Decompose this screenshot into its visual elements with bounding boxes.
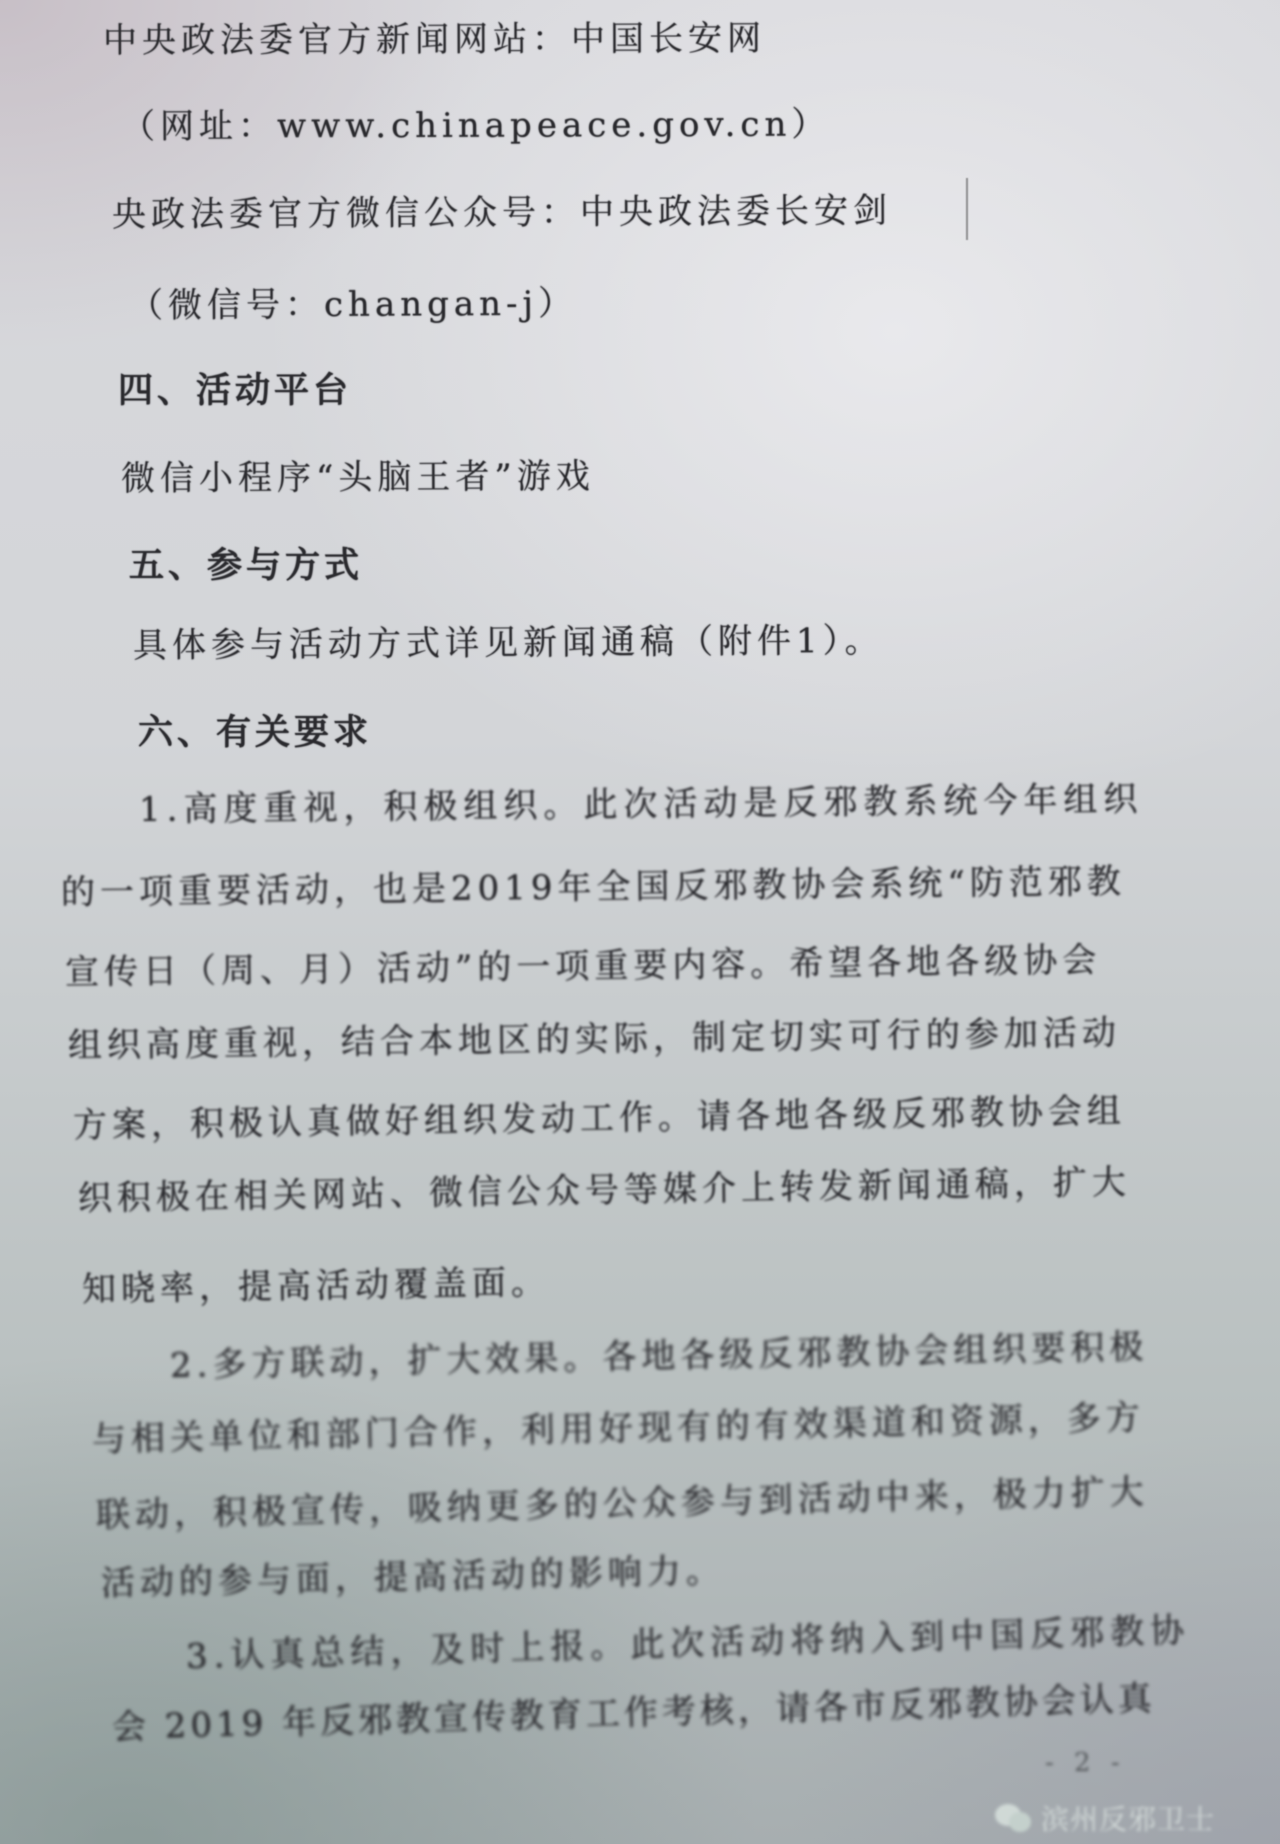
- participation-text: 具体参与活动方式详见新闻通稿（附件1）。: [133, 624, 884, 663]
- requirement-1-line-1: 1.高度重视，积极组织。此次活动是反邪教系统今年组织: [139, 782, 1144, 827]
- website-line: 中央政法委官方新闻网站：中国长安网: [103, 22, 766, 58]
- requirement-2-line-1: 2.多方联动，扩大效果。各地各级反邪教协会组织要积极: [170, 1330, 1149, 1383]
- requirement-2-line-2: 与相关单位和部门合作，利用好现有的有效渠道和资源，多方: [92, 1401, 1145, 1457]
- watermark: 滨州反邪卫士: [995, 1798, 1215, 1838]
- requirement-1-line-4: 组织高度重视，结合本地区的实际，制定切实可行的参加活动: [68, 1016, 1121, 1063]
- platform-text: 微信小程序“头脑王者”游戏: [121, 460, 595, 496]
- watermark-text: 滨州反邪卫士: [1041, 1798, 1215, 1838]
- section-heading-platform: 四、活动平台: [118, 374, 352, 409]
- section-heading-requirements: 六、有关要求: [138, 716, 372, 751]
- requirement-3-line-1: 3.认真总结，及时上报。此次活动将纳入到中国反邪教协: [186, 1614, 1191, 1674]
- page-number: - 2 -: [1045, 1748, 1126, 1778]
- requirement-3-line-2: 会 2019 年反邪教宣传教育工作考核，请各市反邪教协会认真: [112, 1682, 1157, 1745]
- wechat-account-line: 央政法委官方微信公众号：中央政法委长安剑: [112, 194, 892, 232]
- requirement-1-line-3: 宣传日（周、月）活动”的一项重要内容。希望各地各级协会: [65, 943, 1102, 990]
- page-fold-mark: [966, 178, 968, 240]
- website-url-line: （网址：www.chinapeace.gov.cn）: [121, 108, 830, 144]
- wechat-id-line: （微信号：changan-j）: [129, 287, 577, 323]
- requirement-2-line-4: 活动的参与面，提高活动的影响力。: [101, 1554, 726, 1601]
- requirement-2-line-3: 联动，积极宣传，吸纳更多的公众参与到活动中来，极力扩大: [96, 1475, 1150, 1533]
- section-heading-participation: 五、参与方式: [129, 549, 363, 584]
- requirement-1-line-6: 织积极在相关网站、微信公众号等媒介上转发新闻通稿，扩大: [78, 1165, 1131, 1216]
- requirement-1-line-7: 知晓率，提高活动覆盖面。: [82, 1266, 550, 1307]
- requirement-1-line-5: 方案，积极认真做好组织发动工作。请各地各级反邪教协会组: [73, 1094, 1126, 1143]
- wechat-official-account-icon: [995, 1800, 1033, 1836]
- requirement-1-line-2: 的一项重要活动，也是2019年全国反邪教协会系统“防范邪教: [61, 865, 1126, 910]
